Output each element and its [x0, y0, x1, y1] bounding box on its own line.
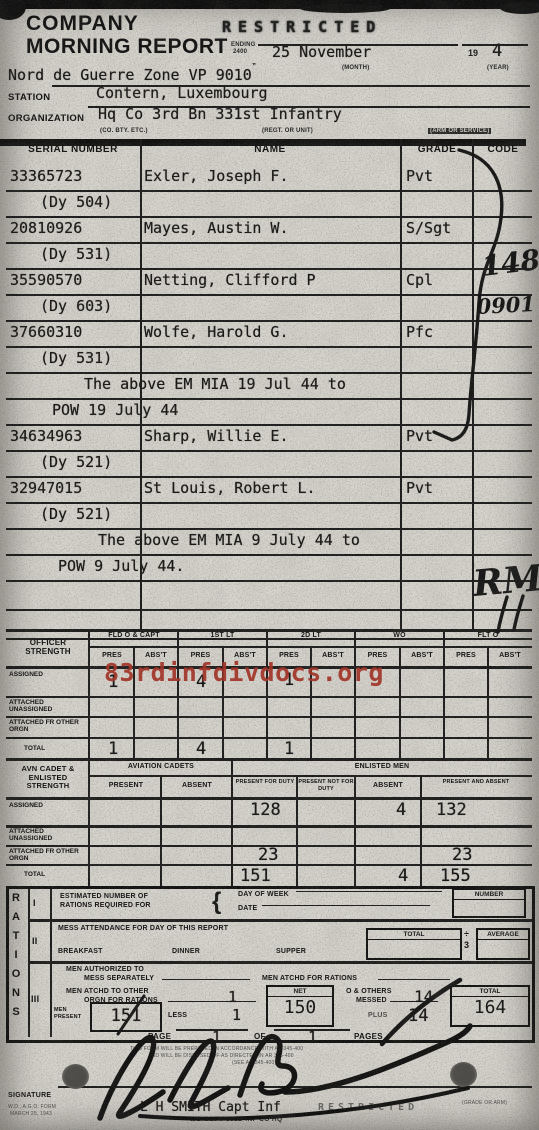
sub-absent-em: ABSENT: [356, 782, 420, 789]
group-1st-lt: 1ST LT: [178, 632, 267, 639]
duty-code-cell: (Dy 603): [40, 297, 112, 315]
hole-punch-right: [450, 1062, 477, 1087]
mess-total-label: TOTAL: [368, 930, 460, 940]
numeral-I: I: [33, 898, 36, 908]
em-assigned-absent: 4: [396, 800, 406, 820]
mess-attendance-label: MESS ATTENDANCE FOR DAY OF THIS REPORT: [58, 925, 228, 934]
supper-label: SUPPER: [276, 948, 306, 957]
net-box-label: NET: [268, 987, 332, 997]
organization-label: ORGANIZATION: [8, 113, 84, 124]
month-sublabel: (MONTH): [342, 65, 369, 71]
row-attached-fr-other: ATTACHED FR OTHER ORGN: [9, 719, 79, 733]
officer-total-fldo-pres: 1: [108, 739, 118, 759]
grade-cell: Cpl: [406, 271, 433, 289]
page-label: PAGE: [148, 1032, 171, 1041]
scan-blot: [0, 0, 26, 20]
scan-edge-top: [0, 0, 539, 9]
date-label: DATE: [238, 905, 257, 914]
men-present-label-2: PRESENT: [54, 1013, 81, 1022]
breakfast-label: BREAKFAST: [58, 948, 103, 957]
duty-code-cell: (Dy 521): [40, 453, 112, 471]
rations-vertical-label: RATIONS: [10, 892, 22, 1025]
rations-total-value: 164: [452, 997, 528, 1018]
divide-symbol: ÷: [464, 929, 469, 939]
restricted-stamp: RESTRICTED: [222, 18, 382, 36]
others-messed-value: 14: [414, 987, 433, 1006]
men-present-value: 151: [111, 1006, 142, 1026]
roster-row: 35590570Netting, Clifford PCpl: [6, 270, 532, 296]
roster-row: (Dy 521): [6, 452, 532, 478]
others-messed-label-2: MESSED: [356, 997, 387, 1006]
roster-row: (Dy 603): [6, 296, 532, 322]
name-cell: Netting, Clifford P: [144, 271, 316, 289]
em-total-present-duty: 151: [240, 866, 271, 886]
restricted-stamp-footer: RESTRICTED: [318, 1102, 418, 1113]
men-present-box: 151: [90, 1002, 162, 1032]
net-value: 150: [268, 997, 332, 1018]
duty-code-cell: (Dy 531): [40, 245, 112, 263]
row-attached-unassigned: ATTACHED UNASSIGNED: [9, 828, 79, 842]
average-box-label: AVERAGE: [478, 930, 528, 940]
roster-rows: 33365723Exler, Joseph F.Pvt (Dy 504) 208…: [6, 166, 532, 669]
morning-report-scan: COMPANY MORNING REPORT RESTRICTED ENDING…: [0, 0, 539, 1130]
em-total-present-and-absent: 155: [440, 866, 471, 886]
roster-row: 34634963Sharp, Willie E.Pvt: [6, 426, 532, 452]
roster-row: 33365723Exler, Joseph F.Pvt: [6, 166, 532, 192]
estimated-rations-label-2: RATIONS REQUIRED FOR: [60, 902, 151, 911]
number-box-label: NUMBER: [454, 890, 524, 900]
row-assigned: ASSIGNED: [9, 802, 43, 809]
sub-present-and-absent: PRESENT AND ABSENT: [422, 779, 530, 786]
ending-label: ENDING: [231, 42, 256, 48]
officer-strength-corner-label: OFFICER STRENGTH: [8, 638, 88, 656]
group-wo: WO: [355, 632, 444, 639]
day-of-week-label: DAY OF WEEK: [238, 891, 289, 900]
rations-total-box: TOTAL164: [450, 985, 530, 1027]
year-prefix: 19: [468, 48, 478, 58]
roster-row: POW 19 July 44: [6, 400, 532, 426]
plus-label: PLUS: [368, 1012, 387, 1021]
divide-by-three: 3: [464, 940, 469, 950]
roster-row: (Dy 531): [6, 244, 532, 270]
form-title-line2: MORNING REPORT: [26, 35, 228, 59]
name-cell: St Louis, Robert L.: [144, 479, 316, 497]
name-cell: Mayes, Austin W.: [144, 219, 289, 237]
mess-separately-label-1: MEN AUTHORIZED TO: [66, 966, 144, 975]
group-fldo-capt: FLD O & CAPT: [90, 632, 178, 639]
zone-line: Nord de Guerre Zone VP 9010: [8, 66, 252, 84]
watermark: 83rdinfdivdocs.org: [104, 658, 384, 687]
mess-total-box: TOTAL: [366, 928, 462, 960]
brace: {: [212, 888, 221, 916]
form-title-line1: COMPANY: [26, 12, 139, 36]
roster-row-empty: [6, 582, 532, 611]
form-id-line2: MARCH 25, 1943: [10, 1111, 52, 1117]
sub-present-for-duty: PRESENT FOR DUTY: [234, 779, 296, 786]
name-cell: Wolfe, Harold G.: [144, 323, 289, 341]
average-box: AVERAGE: [476, 928, 530, 960]
group-flt-o: FLT O: [444, 632, 532, 639]
col-header-name: NAME: [140, 144, 400, 163]
name-cell: Exler, Joseph F.: [144, 167, 289, 185]
org-sublabel-regt: (REGT. OR UNIT): [262, 128, 313, 134]
mess-separately-label-2: MESS SEPARATELY: [84, 975, 154, 984]
serial-cell: 37660310: [10, 323, 82, 341]
serial-cell: 20810926: [10, 219, 82, 237]
sub-present-not-for-duty: PRESENT NOT FOR DUTY: [298, 779, 354, 792]
officer-total-1lt-pres: 4: [196, 739, 206, 759]
rations-total-label: TOTAL: [452, 987, 528, 997]
footer-note-line: THIS FORM WILL BE PREPARED IN ACCORDANCE…: [130, 1046, 303, 1052]
estimated-rations-label-1: ESTIMATED NUMBER OF: [60, 893, 148, 902]
sub-abst: ABS'T: [400, 652, 444, 659]
sub-absent: ABSENT: [162, 782, 232, 789]
numeral-III: III: [31, 994, 39, 1004]
atchd-other-value: 1: [228, 988, 237, 1006]
plus-value: 14: [408, 1006, 428, 1026]
em-attached-present-and-absent: 23: [452, 845, 472, 865]
remark-cell: The above EM MIA 19 Jul 44 to: [84, 375, 346, 393]
roster-row: (Dy 504): [6, 192, 532, 218]
col-header-serial: SERIAL NUMBER: [6, 144, 140, 163]
org-sublabel-co: (CO. BTY. ETC.): [100, 128, 148, 134]
less-label: LESS: [168, 1012, 187, 1021]
others-messed-label-1: O & OTHERS: [346, 988, 392, 997]
duty-code-cell: (Dy 521): [40, 505, 112, 523]
hole-punch-left: [62, 1064, 89, 1089]
numeral-II: II: [32, 936, 38, 946]
remark-cell: POW 19 July 44: [52, 401, 178, 419]
grade-cell: Pvt: [406, 167, 433, 185]
row-total: TOTAL: [24, 871, 45, 878]
remark-cell: The above EM MIA 9 July 44 to: [98, 531, 360, 549]
signed-name: L H SMITH Capt Inf: [140, 1100, 281, 1115]
grade-cell: S/Sgt: [406, 219, 451, 237]
roster-row: (Dy 521): [6, 504, 532, 530]
row-attached-unassigned: ATTACHED UNASSIGNED: [9, 699, 79, 713]
em-assigned-present-duty: 128: [250, 800, 281, 820]
form-id-line1: W.D., A.G.O. FORM: [8, 1104, 56, 1110]
duty-code-cell: (Dy 531): [40, 349, 112, 367]
avn-corner-label: AVN CADET & ENLISTED STRENGTH: [8, 765, 88, 791]
group-aviation-cadets: AVIATION CADETS: [90, 763, 232, 770]
roster-row: 32947015St Louis, Robert L.Pvt: [6, 478, 532, 504]
sub-abst: ABS'T: [488, 652, 532, 659]
zone-superscript: ”: [252, 62, 256, 71]
net-box: NET150: [266, 985, 334, 1027]
scan-blot: [300, 4, 390, 13]
name-cell: Sharp, Willie E.: [144, 427, 289, 445]
col-header-code: CODE: [474, 144, 532, 163]
group-enlisted-men: ENLISTED MEN: [232, 763, 532, 770]
dinner-label: DINNER: [172, 948, 200, 957]
roster-row: The above EM MIA 19 Jul 44 to: [6, 374, 532, 400]
pages-label: PAGES: [354, 1032, 383, 1041]
grade-cell: Pfc: [406, 323, 433, 341]
row-total: TOTAL: [24, 745, 45, 752]
station-label: STATION: [8, 92, 50, 103]
row-assigned: ASSIGNED: [9, 671, 43, 678]
org-sublabel-arm: (ARM OR SERVICE): [428, 128, 491, 134]
atchd-other-label-1: MEN ATCHD TO OTHER: [66, 988, 149, 997]
roster-row: POW 9 July 44.: [6, 556, 532, 582]
row-attached-fr-other: ATTACHED FR OTHER ORGN: [9, 848, 79, 862]
group-2d-lt: 2D LT: [267, 632, 355, 639]
less-value: 1: [232, 1006, 241, 1024]
sub-pres: PRES: [444, 652, 488, 659]
serial-cell: 34634963: [10, 427, 82, 445]
grade-sublabel: (GRADE OR ARM): [462, 1100, 507, 1106]
men-atchd-for-rations-label: MEN ATCHD FOR RATIONS: [262, 975, 357, 984]
scan-blot: [500, 2, 539, 14]
copy-line: WD COPY 331D INF CO HQ: [190, 1116, 282, 1123]
em-attached-present-duty: 23: [258, 845, 278, 865]
officer-total-2lt-pres: 1: [284, 739, 294, 759]
em-assigned-present-and-absent: 132: [436, 800, 467, 820]
year-sublabel: (YEAR): [487, 65, 509, 71]
grade-cell: Pvt: [406, 427, 433, 445]
serial-cell: 32947015: [10, 479, 82, 497]
serial-cell: 33365723: [10, 167, 82, 185]
ending-label-2: 2400: [233, 49, 247, 55]
number-box: NUMBER: [452, 888, 526, 918]
of-label: OF: [254, 1032, 266, 1041]
sub-present: PRESENT: [90, 782, 162, 789]
remark-cell: POW 9 July 44.: [58, 557, 184, 575]
grade-cell: Pvt: [406, 479, 433, 497]
roster-row: (Dy 531): [6, 348, 532, 374]
col-header-grade: GRADE: [402, 144, 472, 163]
footer-note-line: (SEE AR 345-400): [232, 1060, 276, 1066]
signature-label: SIGNATURE: [8, 1092, 51, 1099]
roster-row: 20810926Mayes, Austin W.S/Sgt: [6, 218, 532, 244]
roster-row: The above EM MIA 9 July 44 to: [6, 530, 532, 556]
serial-cell: 35590570: [10, 271, 82, 289]
roster-table: SERIAL NUMBER NAME GRADE CODE 33365723Ex…: [0, 139, 539, 629]
roster-row: 37660310Wolfe, Harold G.Pfc: [6, 322, 532, 348]
duty-code-cell: (Dy 504): [40, 193, 112, 211]
em-total-absent: 4: [398, 866, 408, 886]
footer-note-line: AND WILL BE DISPOSED OF AS DIRECTED IN A…: [148, 1053, 294, 1059]
